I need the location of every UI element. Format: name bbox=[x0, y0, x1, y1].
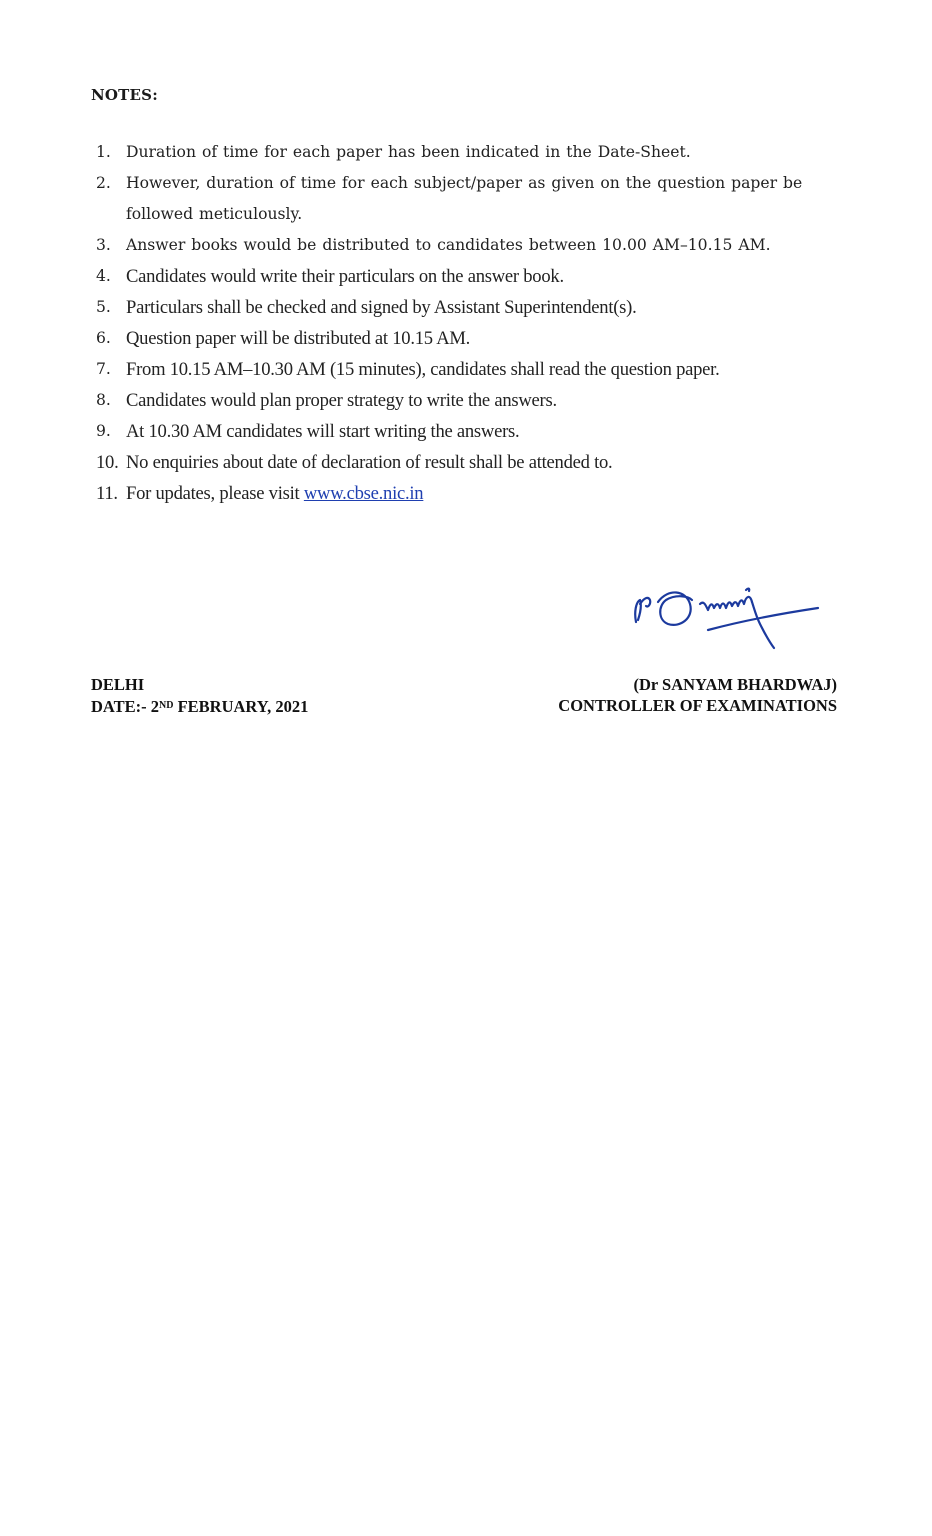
note-item-4: 4. Candidates would write their particul… bbox=[96, 261, 856, 292]
note-text: Candidates would write their particulars… bbox=[126, 261, 856, 292]
note-number: 2. bbox=[96, 168, 126, 199]
notes-heading: NOTES: bbox=[91, 86, 158, 104]
note-number: 1. bbox=[96, 137, 126, 168]
date-rest: FEBRUARY, 2021 bbox=[173, 697, 308, 716]
note-number: 3. bbox=[96, 230, 126, 261]
note-text: Question paper will be distributed at 10… bbox=[126, 323, 856, 354]
footer-place-date: DELHI DATE:- 2ND FEBRUARY, 2021 bbox=[91, 674, 308, 717]
note-text: For updates, please visit www.cbse.nic.i… bbox=[126, 478, 856, 509]
note-number: 11. bbox=[96, 478, 126, 509]
note-text: Particulars shall be checked and signed … bbox=[126, 292, 856, 323]
note-item-1: 1. Duration of time for each paper has b… bbox=[96, 137, 856, 168]
document-page: NOTES: 1. Duration of time for each pape… bbox=[0, 0, 932, 1536]
date-prefix: DATE:- 2 bbox=[91, 697, 159, 716]
note-text: At 10.30 AM candidates will start writin… bbox=[126, 416, 856, 447]
note-number: 9. bbox=[96, 416, 126, 447]
note-item-8: 8. Candidates would plan proper strategy… bbox=[96, 385, 856, 416]
place-label: DELHI bbox=[91, 674, 308, 695]
note-number: 8. bbox=[96, 385, 126, 416]
date-label: DATE:- 2ND FEBRUARY, 2021 bbox=[91, 695, 308, 717]
note-text-prefix: For updates, please visit bbox=[126, 483, 304, 504]
note-item-6: 6. Question paper will be distributed at… bbox=[96, 323, 856, 354]
footer-signatory: (Dr SANYAM BHARDWAJ) CONTROLLER OF EXAMI… bbox=[558, 674, 837, 716]
note-number: 4. bbox=[96, 261, 126, 292]
note-number: 5. bbox=[96, 292, 126, 323]
note-number: 6. bbox=[96, 323, 126, 354]
note-item-5: 5. Particulars shall be checked and sign… bbox=[96, 292, 856, 323]
note-number: 10. bbox=[96, 447, 126, 478]
note-item-10: 10. No enquiries about date of declarati… bbox=[96, 447, 856, 478]
note-item-7: 7. From 10.15 AM–10.30 AM (15 minutes), … bbox=[96, 354, 856, 385]
note-item-3: 3. Answer books would be distributed to … bbox=[96, 230, 856, 261]
note-text: No enquiries about date of declaration o… bbox=[126, 447, 856, 478]
note-item-2: 2. However, duration of time for each su… bbox=[96, 168, 856, 230]
note-text: Answer books would be distributed to can… bbox=[126, 230, 856, 261]
note-item-9: 9. At 10.30 AM candidates will start wri… bbox=[96, 416, 856, 447]
date-ordinal-suffix: ND bbox=[159, 700, 173, 711]
cbse-website-link[interactable]: www.cbse.nic.in bbox=[304, 483, 424, 504]
note-text: Candidates would plan proper strategy to… bbox=[126, 385, 856, 416]
note-item-11: 11. For updates, please visit www.cbse.n… bbox=[96, 478, 856, 509]
signature-image bbox=[628, 560, 828, 660]
notes-list: 1. Duration of time for each paper has b… bbox=[96, 137, 856, 509]
signatory-name: (Dr SANYAM BHARDWAJ) bbox=[558, 674, 837, 695]
signatory-title: CONTROLLER OF EXAMINATIONS bbox=[558, 695, 837, 716]
note-number: 7. bbox=[96, 354, 126, 385]
note-text: From 10.15 AM–10.30 AM (15 minutes), can… bbox=[126, 354, 856, 385]
note-text: Duration of time for each paper has been… bbox=[126, 137, 856, 168]
note-text: However, duration of time for each subje… bbox=[126, 168, 856, 230]
